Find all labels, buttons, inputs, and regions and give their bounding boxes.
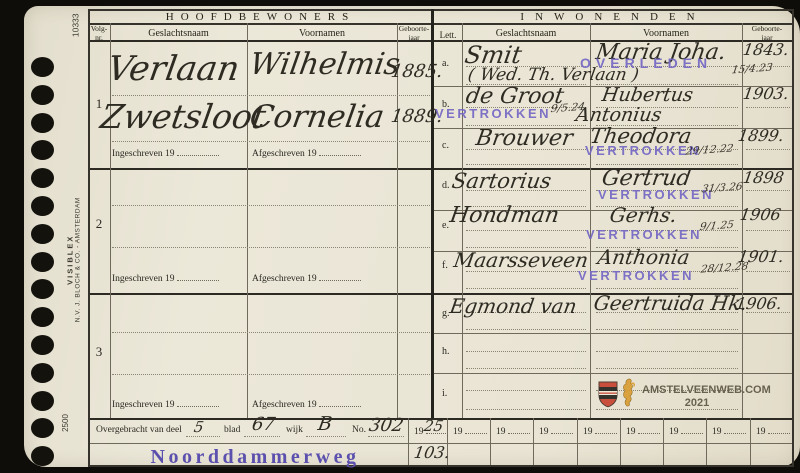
column-header-voornamen: Voornamen [247,28,397,40]
dotted-line [596,288,738,289]
vertrokken-stamp: VERTROKKEN [435,107,551,120]
lett-i: i. [442,388,447,399]
grid-line [577,418,578,465]
inwonende-geboortejaar: 1901. [737,249,785,265]
year-cell-label: 19 [539,425,573,437]
binder-hole [31,252,54,272]
wijk-label: wijk [286,425,303,435]
grid-line [408,418,409,465]
binder-hole [31,113,54,133]
card-serial-number: 10333 [71,0,82,55]
dotted-line [466,409,586,410]
column-header-lett: Lett. [434,30,462,40]
dotted-line [466,230,586,231]
binder-hole [31,391,54,411]
inwonende-geslachtsnaam: Smit [463,43,523,67]
year-prefix: 19 [583,427,593,437]
year-prefix: 19 [453,427,463,437]
leader-dots [319,398,361,407]
dotted-line [466,351,586,352]
dotted-line [466,368,586,369]
year-prefix: 19 [712,427,722,437]
binder-hole [31,224,54,244]
vertrokken-stamp: VERTROKKEN [586,228,702,241]
dotted-line [112,332,430,333]
wijk-value: B [316,415,333,434]
leader-dots [186,436,220,437]
afgeschreven-label: Afgeschreven 19 [252,147,361,159]
inwonende-geslachtsnaam: Egmond van [448,296,578,316]
volgnr-3: 3 [92,344,106,360]
grid-line [434,333,792,334]
lett-c: c. [442,140,449,151]
afgeschreven-text: Afgeschreven 19 [252,400,317,410]
leader-dots [244,436,280,437]
scanned-register-card-page: { "scan": { "serial_number": "10333", "p… [0,0,800,473]
column-header-volgnr-line2: nr. [88,34,110,43]
card-maker-imprint: VISIBLEX N.V. J. BLOCH & CO. - AMSTERDAM [65,190,83,330]
lett-d: d. [442,180,450,191]
ingeschreven-label: Ingeschreven 19 [112,272,219,284]
stamp-date: 31/3.26 [701,182,743,195]
dotted-line [746,271,790,272]
leader-dots [319,272,361,281]
print-run-number: 2500 [61,393,71,453]
leader-dots [681,425,703,434]
inwonende-geboortejaar: 1843. [742,42,790,58]
column-header-geboortejaar: Geboorte- jaar [397,25,431,42]
deel-value: 5 [193,420,205,435]
leader-dots [465,425,487,434]
inwonende-geboortejaar: 1898 [742,170,785,186]
year-prefix: 19 [626,427,636,437]
afgeschreven-text: Afgeschreven 19 [252,274,317,284]
overgebracht-label: Overgebracht van deel [96,425,182,435]
leader-dots [638,425,660,434]
ingeschreven-label: Ingeschreven 19 [112,398,219,410]
binder-hole [31,279,54,299]
column-header-geslachtsnaam: Geslachtsnaam [462,28,590,40]
inwonende-geboortejaar: 1906 [739,207,782,223]
dotted-line [112,247,430,248]
leader-dots [595,425,617,434]
binder-hole [31,196,54,216]
year-cell-label: 19 [496,425,530,437]
street-name-stamp: Noorddammerweg [130,446,380,469]
hoofdbewoner-geboortejaar: 1885. [390,63,444,81]
no-label: No. [352,425,366,435]
register-card: 10333 VISIBLEX N.V. J. BLOCH & CO. - AMS… [24,6,800,467]
grid-line [88,23,794,25]
maker-name: VISIBLEX [65,190,74,330]
afgeschreven-label: Afgeschreven 19 [252,398,361,410]
inwonende-geslachtsnaam: Hondman [448,205,560,227]
dotted-line [746,190,790,191]
inwonende-geslachtsnaam: Brouwer [474,128,574,150]
lett-f: f. [442,260,448,271]
dotted-line [466,164,586,165]
volgnr-2: 2 [92,216,106,232]
leader-dots [177,147,219,156]
year-prefix: 19 [756,427,766,437]
dotted-line [596,351,738,352]
inwonenden-title: INWONENDEN [434,11,792,24]
dotted-line [466,390,586,391]
binder-hole [31,57,54,77]
stamp-date: 29/12.22 [685,143,734,157]
hoofdbewoner-geslachtsnaam: Verlaan [105,52,242,86]
inwonende-geboortejaar: 1899. [737,128,785,144]
dotted-line [596,329,738,330]
year-prefix: 19 [669,427,679,437]
dotted-line [112,95,430,96]
leader-dots [177,272,219,281]
binder-hole [31,335,54,355]
year-prefix: 19 [496,427,506,437]
vertrokken-stamp: VERTROKKEN [578,269,694,282]
binder-hole [31,418,54,438]
watermark-year: 2021 [642,397,752,409]
year-value: 25 [423,419,444,434]
hoofdbewoner-geslachtsnaam: Zwetsloot [98,100,268,133]
leader-dots [508,425,530,434]
coat-of-arms-icon [598,381,618,408]
watermark-site: AMSTELVEENWEB.COM [642,384,771,396]
dotted-line [466,288,586,289]
hoofdbewoner-voornamen: Wilhelmis [248,50,402,80]
dotted-line [112,141,430,142]
inwonende-geslachtsnaam: de Groot [464,86,565,108]
grid-line [620,418,621,465]
year-prefix: 19 [539,427,549,437]
binder-hole [31,140,54,160]
leader-dots [306,436,346,437]
inwonende-geboortejaar: 1903. [742,86,790,102]
year-cell-label: 19 [626,425,660,437]
inwonende-voornamen-2: Antonius [574,106,662,125]
dotted-line [466,329,586,330]
inwonende-geslachtsnaam: Maarsseveen [452,250,589,270]
inwonende-voornamen: Anthonia [596,247,691,267]
lett-h: h. [442,346,450,357]
dotted-line [746,230,790,231]
stamp-date: 9/1.25 [699,220,735,233]
ingeschreven-label: Ingeschreven 19 [112,147,219,159]
leader-dots [551,425,573,434]
leader-dots [177,398,219,407]
lett-a: a. [442,58,449,69]
hoofdbewoner-voornamen: Cornelia [248,102,387,133]
dotted-line [746,107,790,108]
dotted-line [596,368,738,369]
leader-dots [319,147,361,156]
year-cell-label: 19 [453,425,487,437]
watermark: AMSTELVEENWEB.COM 2021 [596,374,756,414]
ingeschreven-text: Ingeschreven 19 [112,149,175,159]
column-header-volgnr: Volg- nr. [88,25,110,42]
overleden-stamp: OVERLEDEN [580,56,712,70]
year-cell-label: 19 [583,425,617,437]
inwonende-voornamen: Gerhs. [608,205,678,225]
column-header-geboortejaar-line2: jaar [397,34,431,43]
lion-icon [617,377,637,407]
grid-line [750,418,751,465]
leader-dots [724,425,746,434]
grid-line [663,418,664,465]
dotted-line [746,149,790,150]
blad-value: 67 [251,416,277,434]
grid-line [706,418,707,465]
grid-line [247,23,248,418]
afgeschreven-label: Afgeschreven 19 [252,272,361,284]
dotted-line [112,374,430,375]
year-cell-label: 19 [756,425,790,437]
stamp-date: 15/4.23 [731,63,773,76]
year-cell-label: 19 [669,425,703,437]
column-header-geslachtsnaam: Geslachtsnaam [110,28,247,40]
dotted-line [596,164,738,165]
grid-line [88,9,90,466]
binder-hole [31,85,54,105]
grid-line [792,9,794,466]
dotted-line [112,205,430,206]
grid-line [533,418,534,465]
binder-hole [31,307,54,327]
ingeschreven-text: Ingeschreven 19 [112,274,175,284]
vertrokken-stamp: VERTROKKEN [598,188,714,201]
inwonende-voornamen: Hubertus [600,86,694,105]
blad-label: blad [224,425,240,435]
house-number: 103. [413,445,451,461]
grid-line [397,23,398,418]
grid-line [490,418,491,465]
afgeschreven-text: Afgeschreven 19 [252,149,317,159]
no-value: 302 [368,417,405,435]
year-cell-label: 19 [712,425,746,437]
hoofdbewoners-title: HOOFDBEWONERS [88,11,433,24]
vertrokken-stamp: VERTROKKEN [585,144,701,157]
binder-hole [31,446,54,466]
leader-dots [768,425,790,434]
binder-hole [31,363,54,383]
binder-hole [31,168,54,188]
maker-address: N.V. J. BLOCH & CO. - AMSTERDAM [75,190,83,330]
inwonende-geslachtsnaam: Sartorius [450,171,552,192]
ingeschreven-text: Ingeschreven 19 [112,400,175,410]
leader-dots [368,436,404,437]
inwonende-voornamen: Geertruida Hk. [592,293,748,313]
column-header-voornamen: Voornamen [590,28,742,40]
inwonende-geboortejaar: 1906. [735,296,783,312]
